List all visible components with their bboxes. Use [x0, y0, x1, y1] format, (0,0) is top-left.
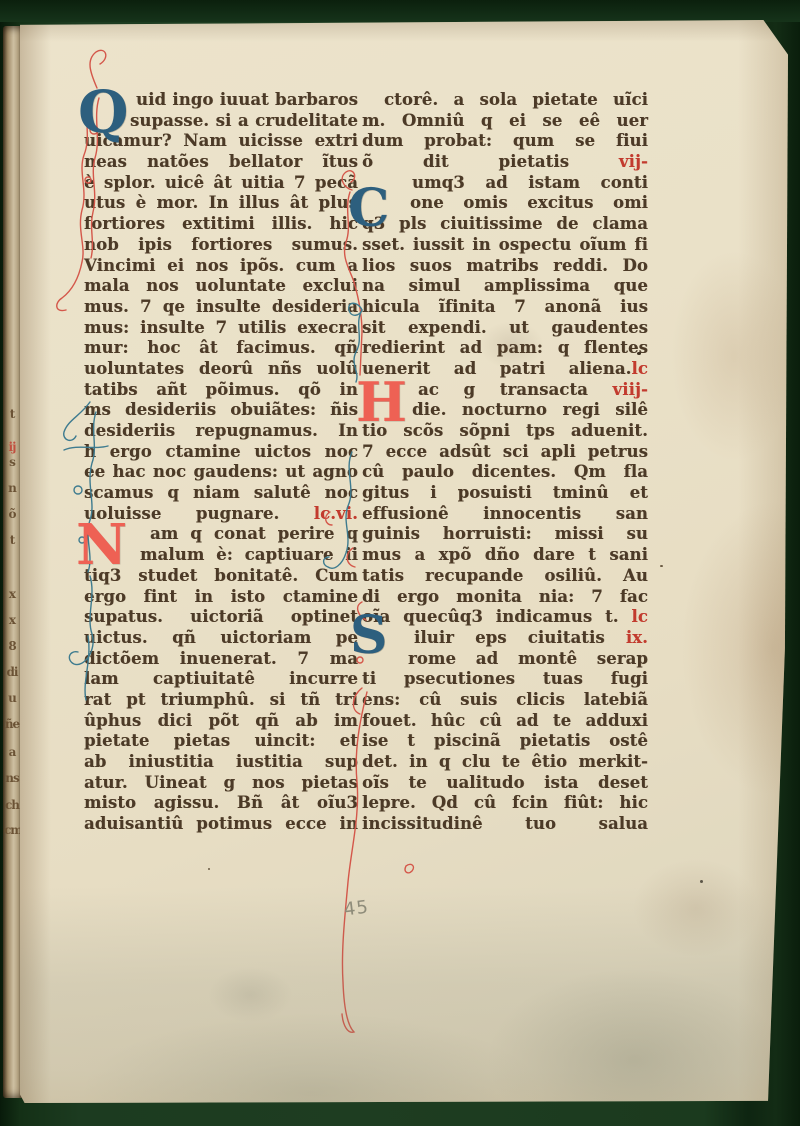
text-line: mur: hoc ât facimus. qñ	[84, 338, 358, 359]
body-text: mus. 7 qe insulte desideria	[84, 297, 358, 316]
body-text: neas natões bellator ĩtus	[84, 152, 358, 171]
text-line: effusionê innocentis san	[362, 504, 648, 525]
body-text: ise t piscinã pietatis ostê	[362, 731, 648, 750]
body-text: õ dit pietatis	[362, 152, 569, 171]
body-text: atur. Uineat g nos pietas	[84, 773, 358, 792]
body-text: oĩs te ualitudo ista deset	[362, 773, 648, 792]
text-line: neas natões bellator ĩtus	[84, 152, 358, 173]
text-line: lepre. Qd cû fcin fiût: hic	[362, 793, 648, 814]
edge-text-fragment: õ	[4, 508, 20, 520]
edge-text-fragment: n	[4, 482, 20, 494]
body-text: ee hac noc gaudens: ut agno	[84, 462, 358, 481]
body-text: lios suos matribs reddi. Do	[362, 256, 648, 275]
body-text: è splor. uicê ât uitia 7 pecã	[84, 173, 358, 192]
red-small-curl	[405, 864, 413, 872]
text-line: oĩa quecûq3 indicamus t. lc	[362, 607, 648, 628]
body-text: dum probat: qum se fiui	[362, 131, 648, 150]
rubric-text: viij-	[588, 380, 648, 399]
body-text: ti psecutiones tuas fugi	[362, 669, 648, 688]
text-line: fortiores extitimi illis. hic	[84, 214, 358, 235]
body-text: lepre. Qd cû fcin fiût: hic	[362, 793, 648, 812]
body-text: scamus q niam salutê noc	[84, 483, 358, 502]
folio-number: 45	[343, 897, 370, 921]
body-text: ens: cû suis clicis latebiã	[362, 690, 648, 709]
body-text: tatis recupande osiliû. Au	[362, 566, 648, 585]
body-text: ms desideriis obuiãtes: ñis	[84, 400, 358, 419]
text-line: sit expendi. ut gaudentes	[362, 318, 648, 339]
body-text: oĩa quecûq3 indicamus t.	[362, 607, 619, 626]
rubric-text: vij-	[569, 152, 648, 171]
text-line: misto agissu. Bñ ât oĩu3	[84, 793, 358, 814]
body-text: supasse. si a crudelitate	[130, 111, 358, 130]
body-text: sit expendi. ut gaudentes	[362, 318, 648, 337]
body-text: aduisantiû potimus ecce in	[84, 814, 358, 833]
body-text: misto agissu. Bñ ât oĩu3	[84, 793, 358, 812]
body-text: malum è: captiuare ii	[140, 545, 358, 564]
text-line: rome ad montê serap	[362, 649, 648, 670]
text-line: nob ipis fortiores sumus.	[84, 235, 358, 256]
ink-speck	[637, 352, 641, 355]
rubric-text: lc	[631, 359, 648, 378]
edge-text-fragment: cm	[4, 824, 20, 836]
text-line: q3 pls ciuitissime de clama	[362, 214, 648, 235]
edge-text-fragment: t	[4, 534, 20, 546]
text-line: ens: cû suis clicis latebiã	[362, 690, 648, 711]
text-line: oĩs te ualitudo ista deset	[362, 773, 648, 794]
body-text: 7 ecce adsût sci apli petrus	[362, 442, 648, 461]
edge-text-fragment: ch	[4, 799, 20, 811]
body-text: hicula ĩfinita 7 anonã ius	[362, 297, 648, 316]
body-text: utus è mor. In illus ât plus	[84, 193, 358, 212]
edge-text-fragment: 8	[4, 640, 20, 652]
text-line: 7 ecce adsût sci apli petrus	[362, 442, 648, 463]
text-line: tatis recupande osiliû. Au	[362, 566, 648, 587]
text-line: aduisantiû potimus ecce in	[84, 814, 358, 835]
text-line: pietate pietas uincit: et	[84, 731, 358, 752]
body-text: uid ingo iuuat barbaros	[136, 90, 358, 109]
book-page-edges: tijsnõtxx8diuñeanschcm	[3, 26, 22, 1098]
text-line: utus è mor. In illus ât plus	[84, 193, 358, 214]
text-line: ti psecutiones tuas fugi	[362, 669, 648, 690]
text-line: di ergo monita nia: 7 fac	[362, 587, 648, 608]
right-text-column: ctorê. a sola pietate uĩcim. Omniû q ei …	[362, 90, 648, 835]
text-line: ms desideriis obuiãtes: ñis	[84, 400, 358, 421]
text-line: hicula ĩfinita 7 anonã ius	[362, 297, 648, 318]
body-text: Vincimi ei nos ipõs. cum a	[84, 256, 358, 275]
body-text: guinis horruisti: missi su	[362, 524, 648, 543]
body-text: mus: insulte 7 utilis execra	[84, 318, 358, 337]
body-text: dictõem inuenerat. 7 ma	[84, 649, 358, 668]
edge-text-fragment: t	[4, 408, 20, 420]
text-line: tatibs añt põimus. qõ in	[84, 380, 358, 401]
text-line: guinis horruisti: missi su	[362, 524, 648, 545]
text-line: mala nos uoluntate exclui	[84, 276, 358, 297]
text-line: gitus i posuisti tminû et	[362, 483, 648, 504]
text-line: incissitudinê tuo salua	[362, 814, 648, 835]
body-text: die. nocturno regi silê	[412, 400, 648, 419]
text-line: det. in q clu te êtio merkit-	[362, 752, 648, 773]
text-line: rat pt triumphû. si tñ tri	[84, 690, 358, 711]
edge-text-fragment: x	[4, 588, 20, 600]
ink-speck	[208, 868, 210, 870]
text-line: lios suos matribs reddi. Do	[362, 256, 648, 277]
text-line: lam captiuitatê incurre	[84, 669, 358, 690]
rubric-text: lc.vi.	[279, 504, 358, 523]
text-line: ûphus dici põt qñ ab im	[84, 711, 358, 732]
text-line: ctorê. a sola pietate uĩci	[362, 90, 648, 111]
illuminated-initial-c: C	[348, 186, 389, 233]
text-line: dum probat: qum se fiui	[362, 131, 648, 152]
edge-text-fragment: s	[4, 456, 20, 468]
text-line: ergo fint in isto ctamine	[84, 587, 358, 608]
body-text: mala nos uoluntate exclui	[84, 276, 358, 295]
text-line: desideriis repugnamus. In	[84, 421, 358, 442]
body-text: ac g transacta	[418, 380, 588, 399]
body-text: di ergo monita nia: 7 fac	[362, 587, 648, 606]
text-line: h ergo ctamine uictos noc	[84, 442, 358, 463]
body-text: redierint ad pam: q flentes	[362, 338, 648, 357]
body-text: one omis excitus omi	[410, 193, 648, 212]
text-line: mus: insulte 7 utilis execra	[84, 318, 358, 339]
text-line: dictõem inuenerat. 7 ma	[84, 649, 358, 670]
edge-text-fragment: u	[4, 692, 20, 704]
illuminated-initial-n: N	[76, 520, 127, 570]
body-text: cû paulo dicentes. Qm fla	[362, 462, 648, 481]
illuminated-initial-q: Q	[78, 86, 129, 138]
body-text: desideriis repugnamus. In	[84, 421, 358, 440]
text-line: cû paulo dicentes. Qm fla	[362, 462, 648, 483]
edge-text-fragment: a	[4, 746, 20, 758]
body-text: supatus. uictoriã optinet	[84, 607, 358, 626]
body-text: fortiores extitimi illis. hic	[84, 214, 358, 233]
text-line: fouet. hûc cû ad te adduxi	[362, 711, 648, 732]
rubric-text: ix.	[605, 628, 648, 647]
body-text: umq3 ad istam conti	[412, 173, 648, 192]
text-line: na simul amplissima que	[362, 276, 648, 297]
body-text: ctorê. a sola pietate uĩci	[384, 90, 648, 109]
text-line: è splor. uicê ât uitia 7 pecã	[84, 173, 358, 194]
edge-text-fragment: ñe	[4, 718, 20, 730]
text-line: uoluntates deorû nñs uolû	[84, 359, 358, 380]
body-text: ab iniustitia iustitia sup	[84, 752, 358, 771]
text-line: ise t piscinã pietatis ostê	[362, 731, 648, 752]
body-text: m. Omniû q ei se eê uer	[362, 111, 648, 130]
text-line: umq3 ad istam conti	[362, 173, 648, 194]
body-text: na simul amplissima que	[362, 276, 648, 295]
body-text: gitus i posuisti tminû et	[362, 483, 648, 502]
illuminated-initial-h: H	[356, 378, 407, 427]
body-text: q3 pls ciuitissime de clama	[362, 214, 648, 233]
body-text: effusionê innocentis san	[362, 504, 648, 523]
body-text: mur: hoc ât facimus. qñ	[84, 338, 358, 357]
text-line: uictus. qñ uictoriam pe	[84, 628, 358, 649]
body-text: rome ad montê serap	[408, 649, 648, 668]
body-text: rat pt triumphû. si tñ tri	[84, 690, 358, 709]
body-text: lam captiuitatê incurre	[84, 669, 358, 688]
edge-text-fragment: x	[4, 614, 20, 626]
text-line: redierint ad pam: q flentes	[362, 338, 648, 359]
body-text: ûphus dici põt qñ ab im	[84, 711, 358, 730]
body-text: iluir eps ciuitatis	[414, 628, 605, 647]
body-text: ergo fint in isto ctamine	[84, 587, 358, 606]
rubric-text: lc	[619, 607, 648, 626]
body-text: uoluntates deorû nñs uolû	[84, 359, 358, 378]
body-text: incissitudinê tuo salua	[362, 814, 648, 833]
blue-curl-dot	[74, 486, 82, 494]
text-line: mus a xpõ dño dare t sani	[362, 545, 648, 566]
body-text: uictus. qñ uictoriam pe	[84, 628, 358, 647]
body-text: am q conat perire q	[150, 524, 358, 543]
body-text: nob ipis fortiores sumus.	[84, 235, 358, 254]
edge-text-fragment: ij	[4, 441, 20, 453]
text-line: scamus q niam salutê noc	[84, 483, 358, 504]
body-text: pietate pietas uincit: et	[84, 731, 358, 750]
photo-background: tijsnõtxx8diuñeanschcm uid ingo iuuat ba…	[0, 0, 800, 1126]
edge-text-fragment: ns	[4, 772, 20, 784]
body-text: sset. iussit in ospectu oĩum fi	[362, 235, 648, 254]
text-line: sset. iussit in ospectu oĩum fi	[362, 235, 648, 256]
text-line: supatus. uictoriã optinet	[84, 607, 358, 628]
left-text-column: uid ingo iuuat barbarossupasse. si a cru…	[84, 90, 358, 835]
illuminated-initial-s: S	[350, 613, 388, 660]
body-text: det. in q clu te êtio merkit-	[362, 752, 648, 771]
text-line: one omis excitus omi	[362, 193, 648, 214]
text-line: ee hac noc gaudens: ut agno	[84, 462, 358, 483]
text-line: mus. 7 qe insulte desideria	[84, 297, 358, 318]
text-line: m. Omniû q ei se eê uer	[362, 111, 648, 132]
ink-speck	[700, 880, 703, 883]
body-text: mus a xpõ dño dare t sani	[362, 545, 648, 564]
ink-speck	[660, 565, 663, 567]
red-flourish-q-tail	[57, 262, 82, 311]
body-text: h ergo ctamine uictos noc	[84, 442, 358, 461]
text-line: õ dit pietatis vij-	[362, 152, 648, 173]
text-line: ab iniustitia iustitia sup	[84, 752, 358, 773]
text-line: Vincimi ei nos ipõs. cum a	[84, 256, 358, 277]
text-line: iluir eps ciuitatis ix.	[362, 628, 648, 649]
text-line: atur. Uineat g nos pietas	[84, 773, 358, 794]
body-text: fouet. hûc cû ad te adduxi	[362, 711, 648, 730]
manuscript-page: uid ingo iuuat barbarossupasse. si a cru…	[20, 20, 788, 1103]
ink-speck	[480, 140, 483, 142]
body-text: tatibs añt põimus. qõ in	[84, 380, 358, 399]
edge-text-fragment: di	[4, 666, 20, 678]
